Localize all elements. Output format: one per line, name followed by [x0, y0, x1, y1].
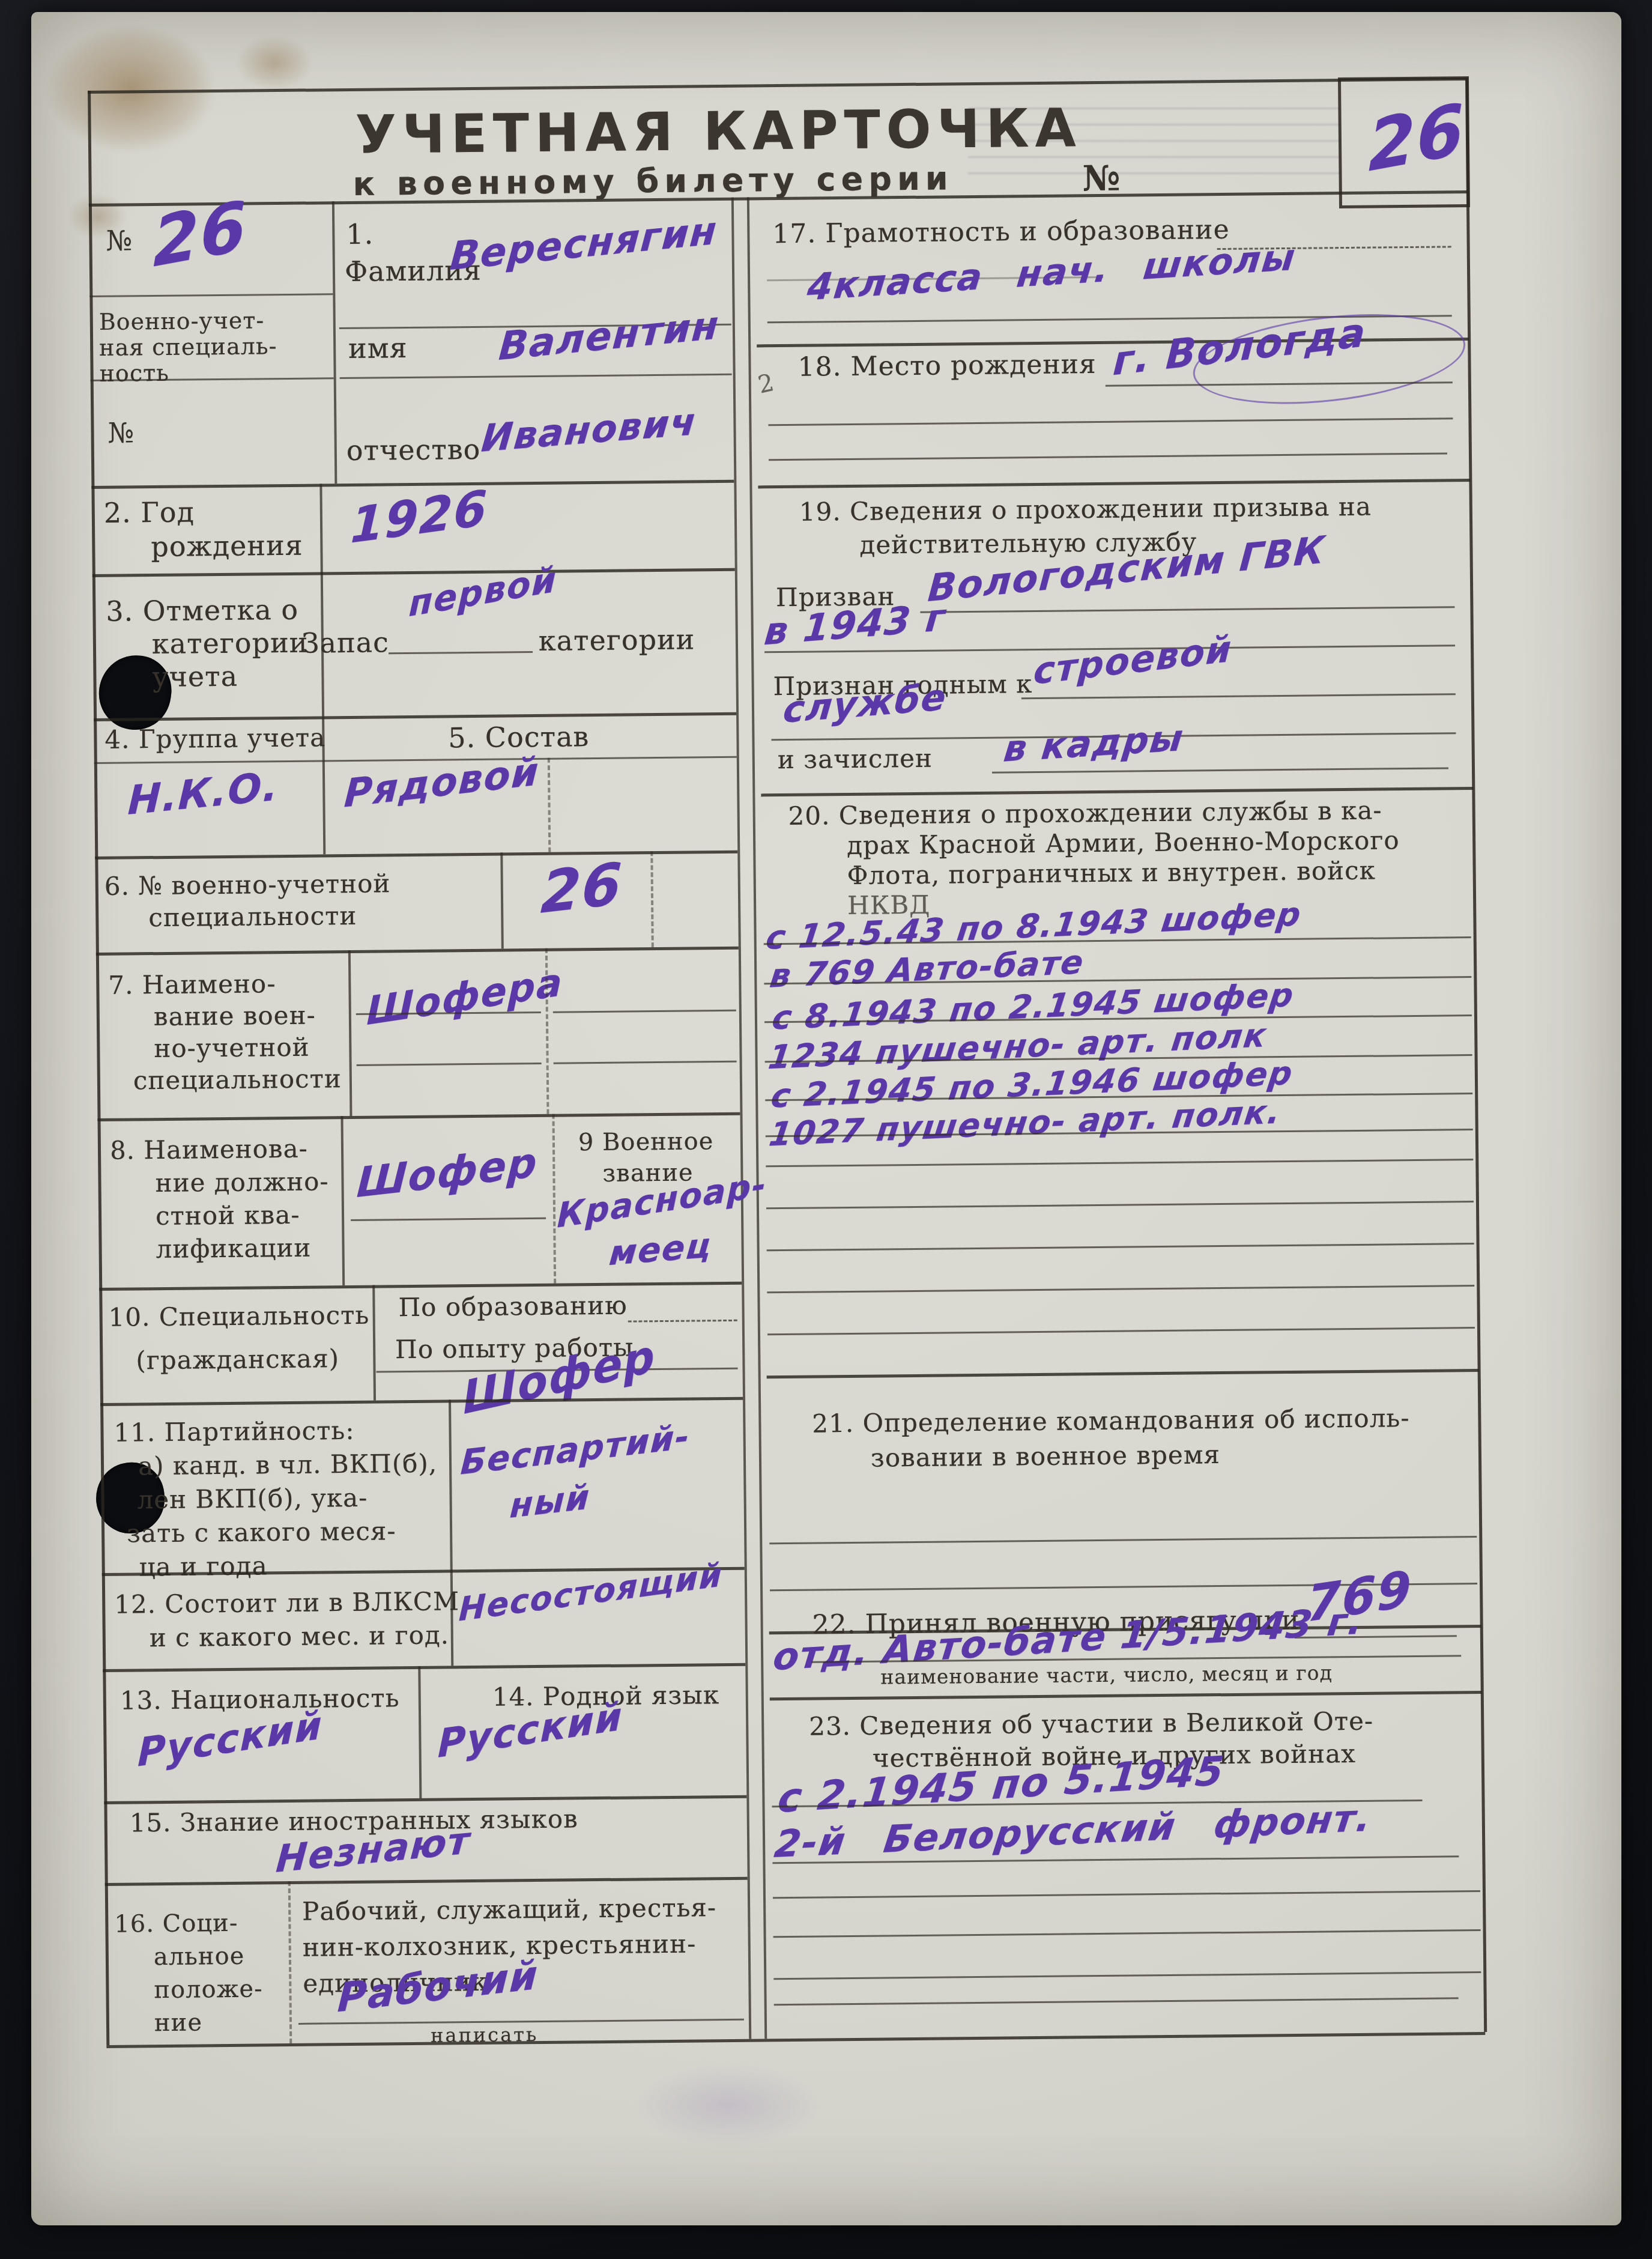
field8-rule [351, 1217, 546, 1221]
field18-rule-3 [769, 452, 1447, 461]
row3-bottom-border [94, 712, 736, 721]
field18-bottom-border [758, 479, 1470, 488]
field3-value: первой [408, 558, 558, 625]
field3-zapas-label: Запас [302, 626, 389, 659]
field8-label-3: стной ква- [156, 1200, 300, 1231]
row89-divider-2 [552, 1114, 556, 1284]
field10-education-rule [628, 1320, 737, 1323]
field3-label-3: учета [152, 660, 238, 693]
field16-label-1: 16. Соци- [114, 1909, 238, 1938]
field20-label-1: 20. Сведения о прохождении службы в ка- [788, 795, 1382, 830]
center-divider-left [731, 198, 751, 2039]
field23-label-1: 23. Сведения об участии в Великой Оте- [809, 1706, 1373, 1741]
field6-label-1: 6. № военно-учетной [104, 869, 391, 901]
field22-bottom-border [770, 1691, 1482, 1700]
row6-divider-2 [650, 851, 654, 947]
field11-label-5: ца и года [139, 1551, 267, 1581]
field16-caption: написать [431, 2023, 539, 2047]
row10-divider [372, 1285, 376, 1401]
field10-label-2: (гражданская) [136, 1344, 339, 1375]
field4-label: 4. Группа учета [104, 723, 325, 754]
card-title: УЧЕТНАЯ КАРТОЧКА [340, 97, 1097, 166]
field4-value: Н.К.О. [127, 763, 280, 824]
field7-label-3: но-учетной [154, 1032, 310, 1063]
reg-vus-label-2: ная специаль- [99, 333, 277, 361]
field20-label-2: драх Красной Армии, Военно-Морского [847, 825, 1400, 860]
field7-label-4: специальности [133, 1064, 342, 1095]
field16-label-2: альное [154, 1942, 245, 1971]
stray-mark: 2 [755, 369, 777, 399]
field16-label-4: ние [154, 2009, 202, 2037]
field1-patronymic-value: Иванович [480, 399, 700, 460]
field19-rule-1 [920, 606, 1454, 613]
field20-blank-3 [767, 1243, 1474, 1251]
registration-card-paper: УЧЕТНАЯ КАРТОЧКА к военному билету серии… [31, 12, 1621, 2225]
row1-divider [332, 201, 337, 484]
row45-header-rule [94, 756, 737, 764]
field11-label-2: а) канд. в чл. ВКП(б), [138, 1449, 438, 1481]
field16-label-3: положе- [154, 1975, 263, 2004]
field2-label-2: рождения [151, 529, 303, 563]
row2-divider [319, 484, 324, 716]
field10-label-1: 10. Специальность [108, 1300, 369, 1332]
field16-value: Рабочий [336, 1951, 540, 2021]
field19-rule-5 [992, 767, 1448, 773]
reg-cell-rule-1 [89, 293, 333, 297]
field1-num: 1. [346, 218, 374, 250]
field20-blank-1 [766, 1159, 1473, 1167]
field1-patronymic-label: отчество [346, 433, 481, 467]
field3-rule [389, 651, 533, 654]
field6-value: 26 [539, 851, 625, 927]
card-form: УЧЕТНАЯ КАРТОЧКА к военному билету серии… [88, 64, 1487, 2051]
field19-enrolled-value: в кадры [1002, 717, 1186, 770]
field11-value-1: Беспартий- [459, 1417, 691, 1483]
field9-value-2: меец [608, 1226, 714, 1273]
center-divider-right [747, 198, 767, 2039]
field1-name-label: имя [348, 332, 408, 365]
field21-label-1: 21. Определение командования об исполь- [812, 1403, 1410, 1439]
field23-blank-3 [773, 1971, 1481, 1980]
field8-value: Шофер [356, 1139, 539, 1208]
row16-divider [288, 1881, 292, 2043]
field5-label: 5. Состав [448, 720, 589, 754]
field11-label-3: лен ВКП(б), ука- [137, 1483, 368, 1515]
field12-label-2: и с какого мес. и год. [150, 1620, 450, 1652]
field3-kategorii-label: категории [539, 623, 695, 656]
row11-divider [449, 1399, 453, 1666]
reg-no-label: № [106, 224, 133, 256]
field8-label-2: ние должно- [155, 1166, 329, 1198]
field8-label-4: лификации [156, 1233, 311, 1264]
row6-divider-1 [500, 853, 504, 949]
field1-name-value: Валентин [497, 303, 721, 370]
field20-blank-4 [767, 1285, 1474, 1293]
reg-no-value: 26 [153, 186, 247, 283]
form-bottom-border [106, 2032, 1485, 2048]
row7-rule-1b [553, 1010, 736, 1013]
reg-vus-label-3: ность [99, 360, 169, 387]
field9-label-1: 9 Военное [578, 1127, 714, 1156]
field19-fit-value: строевой [1032, 628, 1233, 693]
field20-bottom-border [767, 1369, 1479, 1378]
field13-label: 13. Национальность [120, 1683, 400, 1715]
field7-label-2: вание воен- [154, 1001, 316, 1032]
row45-bottom-border [95, 851, 737, 860]
field7-label-1: 7. Наимено- [108, 969, 276, 1000]
field6-label-2: специальности [148, 901, 357, 932]
row7-rule-2b [554, 1061, 737, 1064]
row10-bottom-border [100, 1397, 743, 1406]
field18-label: 18. Место рождения [797, 349, 1097, 383]
field23-blank-4 [774, 1997, 1459, 2006]
scanned-photo-background: { "colors": {"background":"#14151a","pap… [0, 0, 1652, 2259]
header-number-sign: № [1082, 158, 1121, 199]
row7-divider-1 [348, 950, 352, 1116]
row6-bottom-border [96, 947, 739, 956]
row45-divider-2 [548, 758, 551, 852]
field18-rule-2 [768, 417, 1453, 426]
field7-value: Шофера [366, 960, 563, 1034]
field3-label-2: категории [152, 626, 309, 660]
row89-bottom-border [99, 1282, 742, 1291]
field19-label-1: 19. Сведения о прохождении призыва на [799, 492, 1372, 527]
field23-blank-1 [773, 1890, 1480, 1899]
field3-label-1: 3. Отметка о [106, 593, 298, 628]
field2-value: 1926 [349, 479, 489, 554]
field21-blank-1 [769, 1536, 1477, 1544]
row12-bottom-border [103, 1663, 745, 1672]
field11-value-2: ный [509, 1478, 592, 1526]
form-top-border [88, 77, 1466, 94]
field10-education-label: По образованию [398, 1291, 628, 1323]
field16-options-1: Рабочий, служащий, крестья- [302, 1893, 716, 1926]
field23-blank-2 [773, 1929, 1481, 1938]
field1-surname-value: Вереснягин [449, 208, 719, 279]
field2-label-1: 2. Год [104, 496, 195, 529]
row7-rule-2a [357, 1063, 542, 1066]
row1-bottom-border [91, 480, 734, 489]
field12-label-1: 12. Состоит ли в ВЛКСМ [114, 1586, 459, 1619]
row89-divider-1 [340, 1116, 345, 1285]
row1314-bottom-border [104, 1795, 746, 1804]
row15-bottom-border [105, 1877, 748, 1886]
field20-blank-2 [766, 1201, 1474, 1209]
field20-blank-5 [767, 1327, 1475, 1335]
reg-vus-label-1: Военно-учет- [99, 307, 265, 335]
row1314-divider [418, 1666, 422, 1798]
reg-no2-label: № [107, 416, 135, 449]
row7-bottom-border [97, 1112, 740, 1121]
card-subtitle: к военному билету серии [298, 159, 1008, 203]
field19-rule-3 [1021, 693, 1456, 699]
field12-value: Несостоящий [458, 1556, 724, 1629]
field21-label-2: зовании в военное время [871, 1440, 1220, 1473]
field19-enrolled-label: и зачислен [778, 744, 933, 774]
ink-smudge-bottom [608, 2054, 848, 2156]
field1-name-rule [340, 374, 732, 379]
field11-label-4: зать с какого меся- [127, 1516, 396, 1548]
row2-bottom-border [92, 568, 735, 577]
field8-label-1: 8. Наименова- [110, 1134, 308, 1165]
field11-label-1: 11. Партийность: [113, 1416, 354, 1448]
field22-caption: наименование части, число, месяц и год [880, 1661, 1333, 1688]
field20-label-3: Флота, пограничных и внутрен. войск [847, 856, 1376, 890]
